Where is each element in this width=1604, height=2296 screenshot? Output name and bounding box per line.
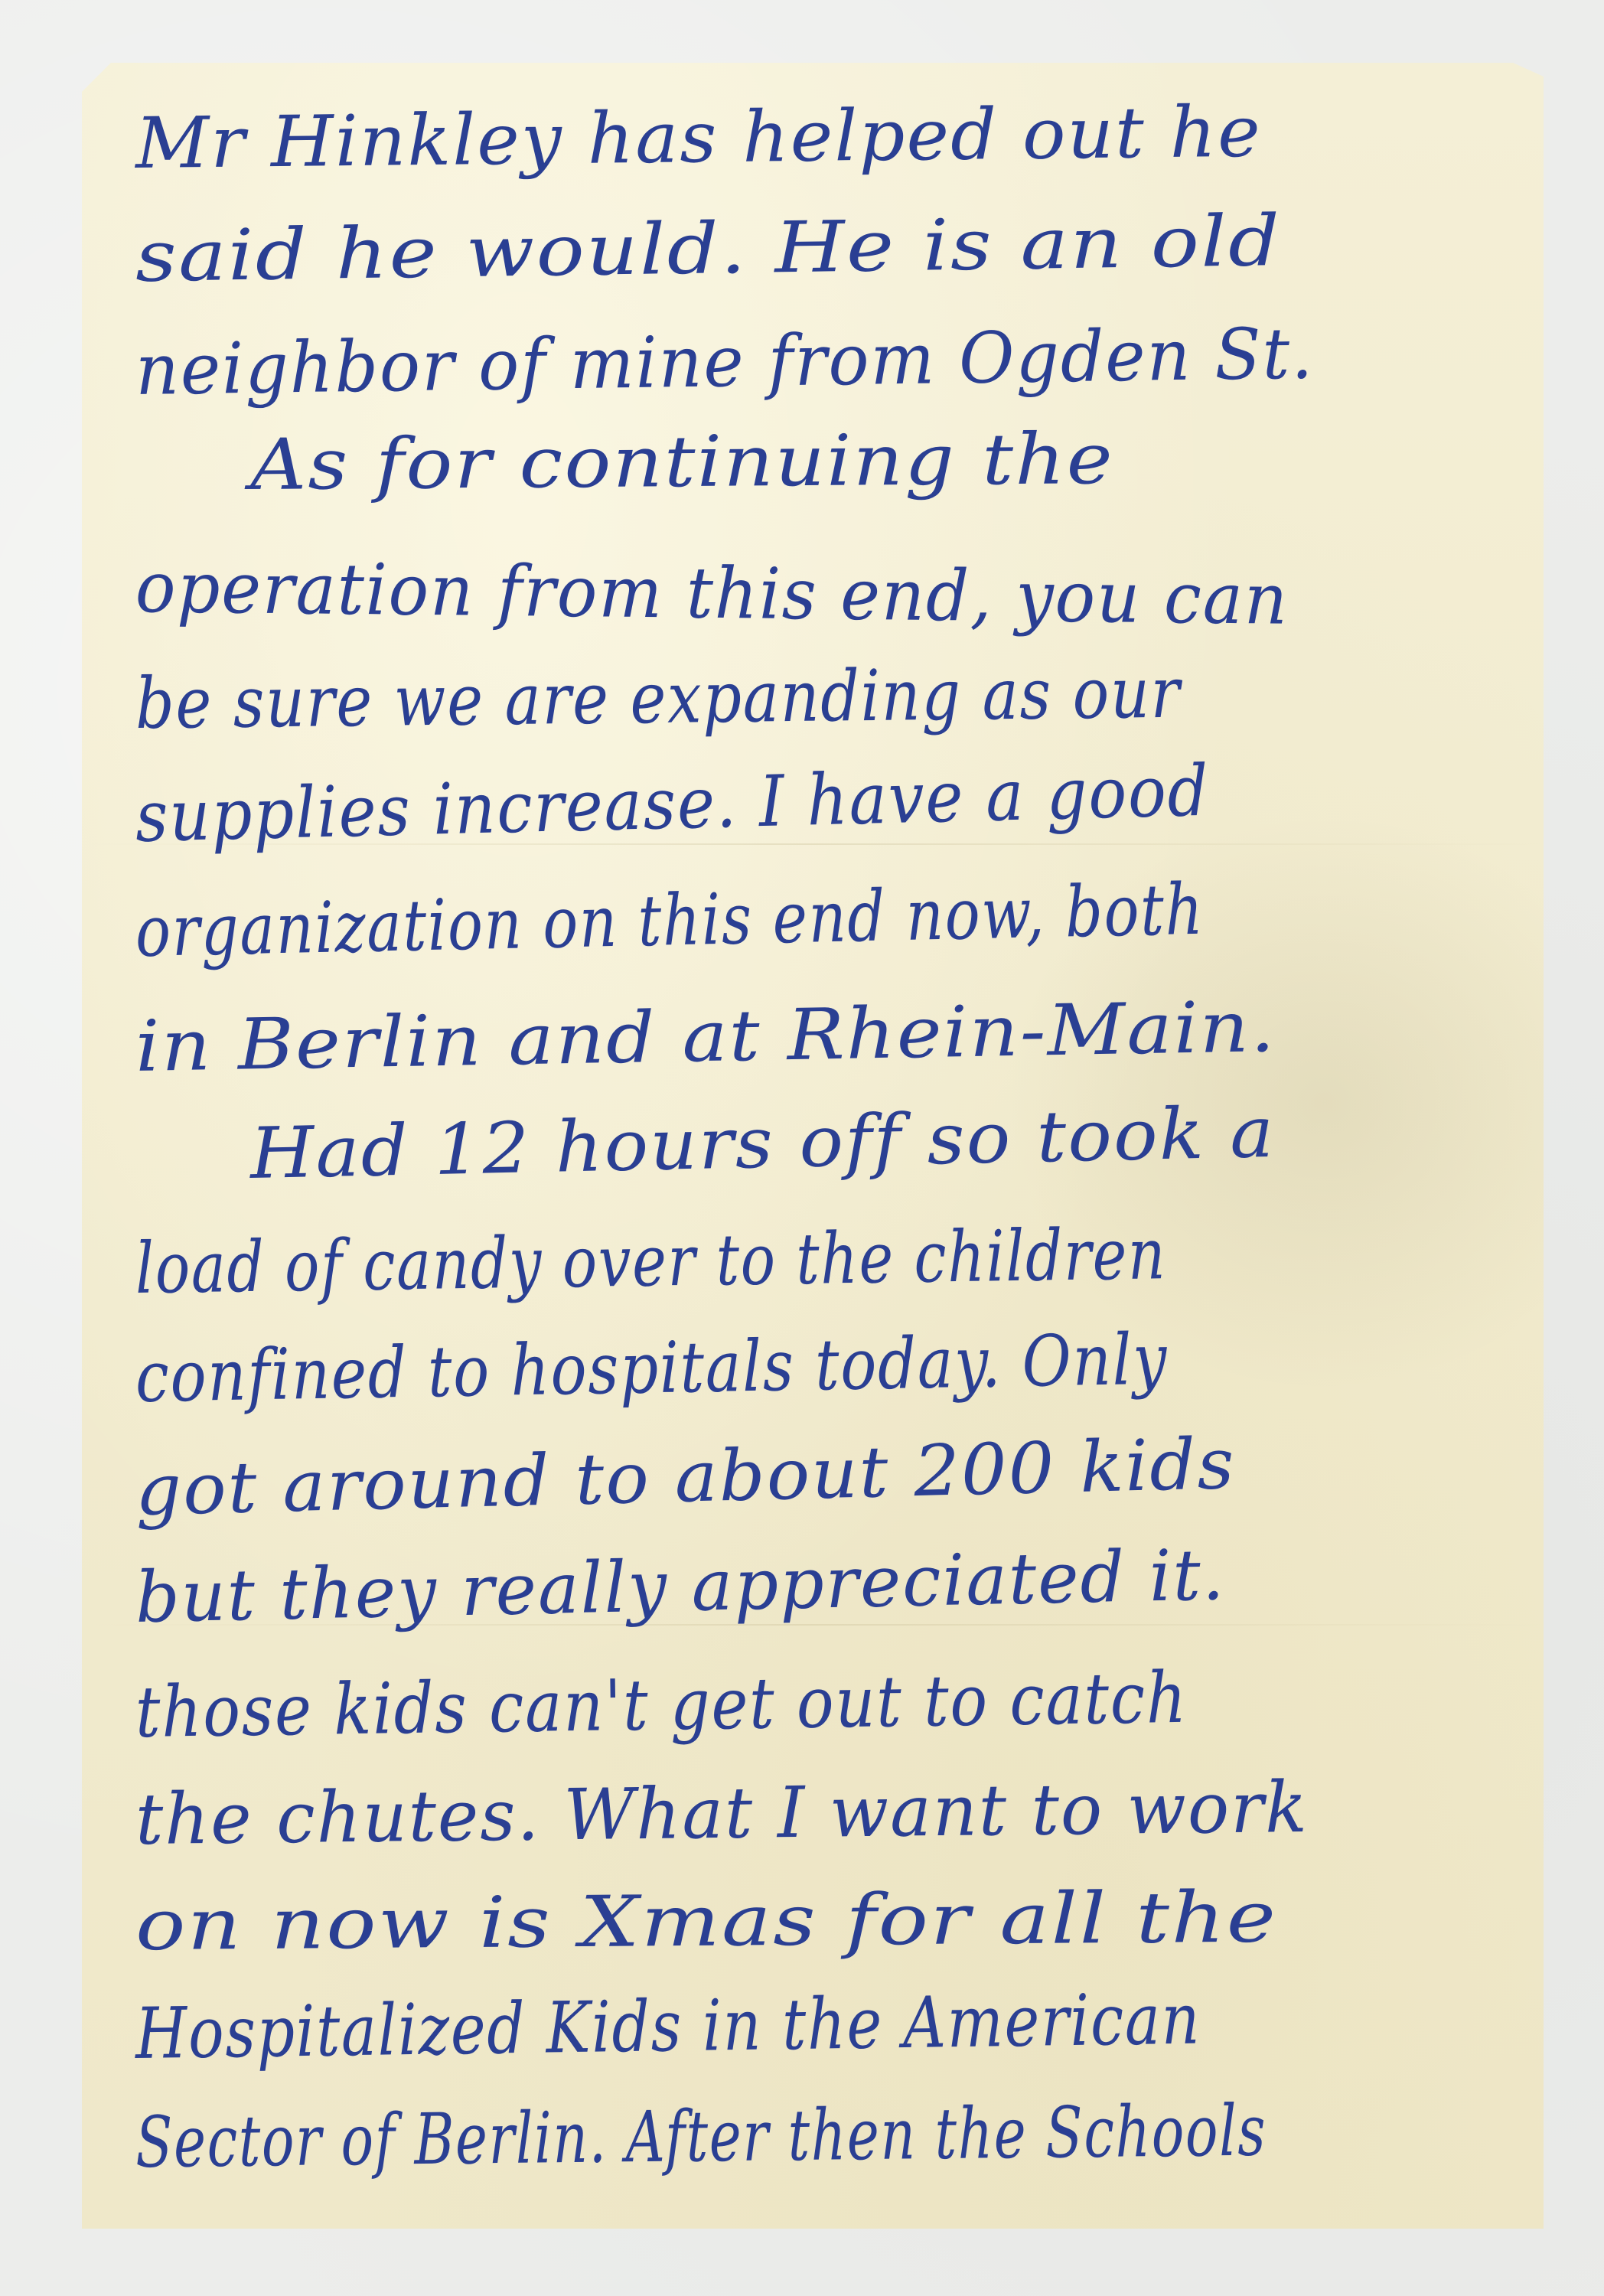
letter-line: supplies increase. I have a good bbox=[135, 756, 1211, 853]
letter-line: got around to about 200 kids bbox=[135, 1429, 1237, 1526]
letter-line: confined to hospitals today. Only bbox=[135, 1324, 1169, 1413]
letter-line: Sector of Berlin. After then the Schools bbox=[135, 2096, 1267, 2178]
letter-line: load of candy over to the children bbox=[135, 1219, 1166, 1304]
letter-line: those kids can't get out to catch bbox=[135, 1663, 1188, 1748]
letter-line: the chutes. What I want to work bbox=[135, 1773, 1309, 1855]
letter-line: neighbor of mine from Ogden St. bbox=[135, 319, 1314, 406]
letter-line: As for continuing the bbox=[250, 424, 1114, 501]
letter-line: organization on this end now, both bbox=[135, 875, 1205, 967]
letter-line: operation from this end, you can bbox=[135, 553, 1289, 635]
letter-line: on now is Xmas for all the bbox=[135, 1883, 1278, 1961]
letter-line: Had 12 hours off so took a bbox=[249, 1097, 1276, 1189]
letter-line: but they really appreciated it. bbox=[135, 1540, 1226, 1633]
letter-page: Mr Hinkley has helped out he said he wou… bbox=[82, 63, 1544, 2229]
letter-line: in Berlin and at Rhein-Main. bbox=[135, 992, 1276, 1082]
letter-line: be sure we are expanding as our bbox=[135, 658, 1182, 739]
letter-line: Hospitalized Kids in the American bbox=[135, 1985, 1201, 2069]
letter-line: Mr Hinkley has helped out he bbox=[135, 97, 1263, 179]
letter-line: said he would. He is an old bbox=[135, 206, 1282, 292]
